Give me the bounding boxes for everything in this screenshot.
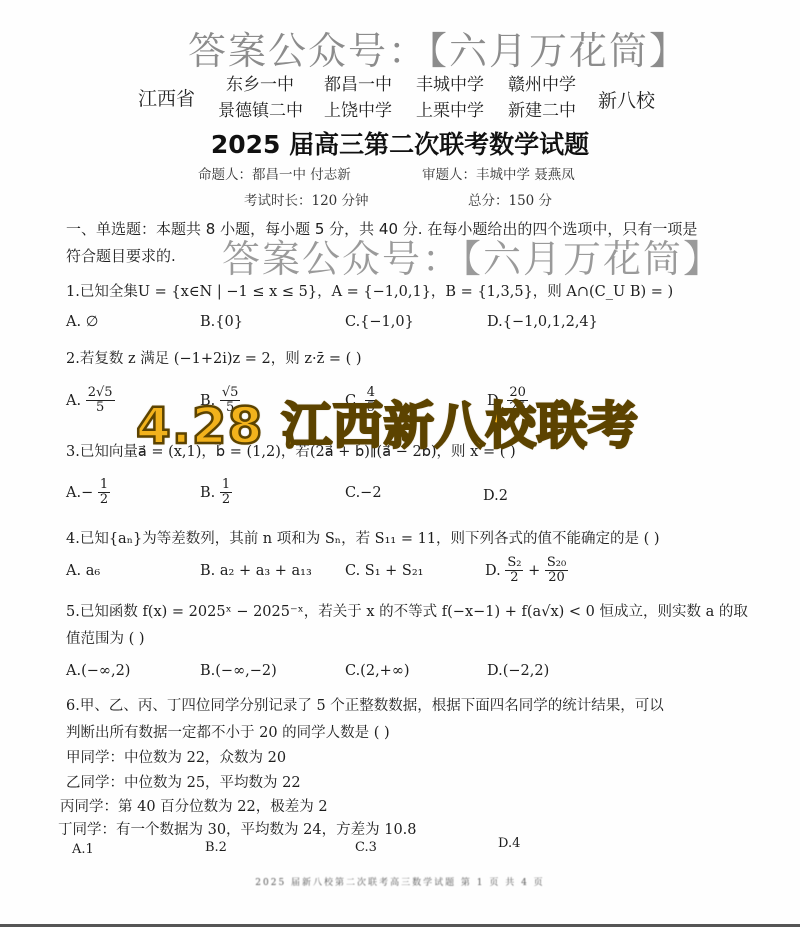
fraction: 2√55 [86,386,115,416]
watermark-top: 答案公众号：【六月万花筒】 [188,20,689,75]
question-5-option-c: C.(2,+∞) [345,663,410,679]
denominator: 2 [98,493,110,507]
school-name: 景德镇二中 [218,96,303,121]
section-intro-cont: 符合题目要求的. [66,245,176,266]
numerator: 1 [220,478,232,493]
school-name: 东乡一中 [226,70,294,95]
question-4-option-d: D. S₂2 + S₂₀20 [485,556,568,586]
alliance-label: 新八校 [598,86,655,113]
question-5-stem-cont: 值范围为 ( ) [66,627,145,648]
question-5-option-a: A.(−∞,2) [66,663,130,679]
student-jia: 甲同学：中位数为 22，众数为 20 [66,746,286,767]
question-6-stem: 6.甲、乙、丙、丁四位同学分别记录了 5 个正整数数据，根据下面四名同学的统计结… [66,694,664,715]
question-1-option-a: A. ∅ [66,314,98,330]
student-yi: 乙同学：中位数为 25，平均数为 22 [66,771,301,792]
question-2-stem: 2.若复数 z 满足 (−1+2i)z = 2，则 z·z̄ = ( ) [66,347,362,368]
fraction: 12 [98,478,110,508]
numerator: S₂ [505,556,523,571]
question-1-option-d: D.{−1,0,1,2,4} [487,314,598,330]
option-label: A.− [66,485,93,501]
question-3-option-b: B. 12 [200,478,232,508]
question-1-stem: 1.已知全集U = {x∈N | −1 ≤ x ≤ 5}，A = {−1,0,1… [66,280,673,301]
question-5-option-d: D.(−2,2) [487,663,549,679]
exam-page: 答案公众号：【六月万花筒】 江西省 东乡一中 都昌一中 丰城中学 赣州中学 景德… [0,0,800,924]
student-bing: 丙同学：第 40 百分位数为 22，极差为 2 [60,795,328,816]
school-name: 都昌一中 [324,70,392,95]
reviewer-info: 审题人：丰城中学 聂燕凤 [422,163,575,183]
exam-title: 2025 届高三第二次联考数学试题 [0,125,800,161]
question-3-option-d: D.2 [483,488,508,504]
school-name: 上饶中学 [324,96,392,121]
question-5-option-b: B.(−∞,−2) [200,663,277,679]
question-1-option-c: C.{−1,0} [345,314,414,330]
denominator: 20 [545,571,568,585]
school-header: 江西省 东乡一中 都昌一中 丰城中学 赣州中学 景德镇二中 上饶中学 上栗中学 … [0,70,800,122]
school-name: 新建二中 [508,96,576,121]
student-ding: 丁同学：有一个数据为 30，平均数为 24，方差为 10.8 [58,818,417,839]
denominator: 2 [505,571,523,585]
question-4-option-a: A. a₆ [66,563,100,579]
province-label: 江西省 [138,84,195,111]
question-6-option-c: C.3 [355,840,377,855]
page-footer: 2025 届新八校第二次联考高三数学试题 第 1 页 共 4 页 [0,875,800,888]
school-name: 上栗中学 [416,96,484,121]
question-4-option-c: C. S₁ + S₂₁ [345,563,423,579]
fraction: 12 [220,478,232,508]
school-name: 丰城中学 [416,70,484,95]
option-label: A. [66,393,81,409]
numerator: S₂₀ [545,556,568,571]
watermark-middle: 答案公众号：【六月万花筒】 [222,228,723,283]
setter-info: 命题人：都昌一中 付志新 [198,163,351,183]
plus-sign: + [528,563,540,579]
question-2-option-a: A. 2√55 [66,386,115,416]
option-label: B. [200,485,215,501]
numerator: 1 [98,478,110,493]
duration-info: 考试时长：120 分钟 [244,189,369,209]
fraction: S₂₀20 [545,556,568,586]
total-score-info: 总分：150 分 [468,189,552,209]
question-5-stem: 5.已知函数 f(x) = 2025ˣ − 2025⁻ˣ，若关于 x 的不等式 … [66,600,748,621]
overlay-banner: 4.28 江西新八校联考 [136,386,639,458]
denominator: 2 [220,493,232,507]
question-4-stem: 4.已知{aₙ}为等差数列，其前 n 项和为 Sₙ，若 S₁₁ = 11，则下列… [66,527,660,548]
question-6-option-a: A.1 [72,842,94,857]
option-label: D. [485,563,501,579]
question-6-stem-cont: 判断出所有数据一定都不小于 20 的同学人数是 ( ) [66,721,390,742]
question-4-option-b: B. a₂ + a₃ + a₁₃ [200,563,312,579]
question-6-option-d: D.4 [498,836,520,851]
numerator: 2√5 [86,386,115,401]
school-name: 赣州中学 [508,70,576,95]
question-1-option-b: B.{0} [200,314,243,330]
question-3-option-a: A.− 12 [66,478,110,508]
denominator: 5 [86,401,115,415]
question-6-option-b: B.2 [205,840,227,855]
fraction: S₂2 [505,556,523,586]
question-3-option-c: C.−2 [345,485,382,501]
